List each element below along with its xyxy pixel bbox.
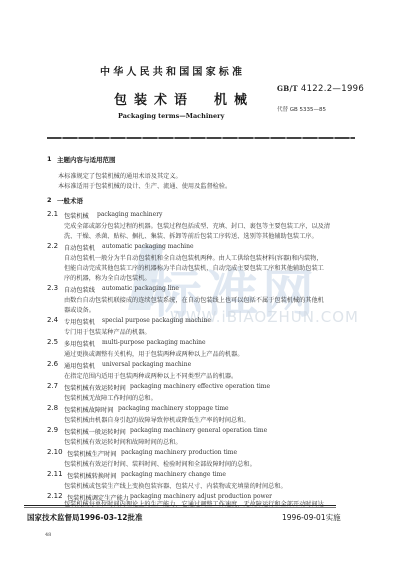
term-number: 2.6 bbox=[47, 360, 58, 368]
section-1-number: 1 bbox=[47, 155, 52, 163]
term-definition: 包装机械由机器自身引起的故障导致停机或降低生产率的时间总和。 bbox=[64, 415, 250, 424]
term-en: automatic packaging line bbox=[102, 285, 179, 292]
term-number: 2.1 bbox=[47, 210, 58, 218]
term-en: universal packaging machine bbox=[102, 361, 191, 368]
term-cn: 自动包装线 bbox=[64, 285, 95, 294]
term-definition: 由数台自动包装机联接成的连续包装系统，在自动包装线上也可以包括不属于包装机械的其… bbox=[64, 295, 324, 304]
standard-number: GB/T 4122.2—1996 bbox=[277, 84, 364, 94]
term-en: automatic packaging machine bbox=[102, 243, 194, 250]
section-2-number: 2 bbox=[47, 196, 52, 204]
header-divider bbox=[47, 137, 355, 139]
section-2-title: 一般术语 bbox=[57, 196, 83, 205]
section-1-paragraph: 本标准适用于包装机械的设计、生产、流通、使用及监督检验。 bbox=[58, 181, 231, 190]
term-en: special purpose packaging machine bbox=[102, 317, 211, 324]
term-number: 2.3 bbox=[47, 284, 58, 292]
term-definition: 器或设备。 bbox=[64, 305, 95, 314]
term-definition: 包装机械无故障工作时间的总和。 bbox=[64, 393, 157, 402]
term-definition: 序的机器，称为全自动包装机。 bbox=[64, 273, 151, 282]
term-cn: 多用包装机 bbox=[64, 339, 95, 348]
term-number: 2.11 bbox=[47, 470, 63, 478]
section-1-paragraph: 本标准规定了包装机械的通用术语及其定义。 bbox=[58, 171, 182, 180]
term-cn: 通用包装机 bbox=[64, 361, 95, 370]
term-number: 2.9 bbox=[47, 426, 58, 434]
term-en: multi-purpose packaging machine bbox=[102, 339, 206, 346]
term-definition: 在指定范围内适用于包装两种或两种以上不同类型产品的机器。 bbox=[64, 371, 237, 380]
document-title-cn: 包装术语 机械 bbox=[114, 89, 254, 108]
term-en: packaging machinery change time bbox=[121, 471, 226, 478]
term-cn: 包装机械故障时间 bbox=[64, 405, 114, 414]
term-cn: 自动包装机 bbox=[64, 243, 95, 252]
term-en: packaging machinery effective operation … bbox=[130, 383, 270, 390]
term-en: packaging machinery general operation ti… bbox=[130, 427, 267, 434]
term-cn: 包装机械转换时间 bbox=[67, 471, 117, 480]
term-definition: 完成全部或部分包装过程的机器。包装过程包括成型、充填、封口、裹包等主要包装工序，… bbox=[64, 221, 330, 230]
term-cn: 包装机械有效运转时间 bbox=[64, 383, 126, 392]
term-number: 2.2 bbox=[47, 242, 58, 250]
term-cn: 包装机械 bbox=[64, 211, 89, 220]
term-cn: 包装机械一般运转时间 bbox=[64, 427, 126, 436]
term-definition: 洗、干燥、杀菌、贴标、捆扎、集装、拆卸等前后包装工序转送、选别等其他辅助包装工序… bbox=[64, 231, 318, 240]
national-standard-heading: 中华人民共和国国家标准 bbox=[100, 63, 245, 78]
replaces-standard: 代替 GB 5335—85 bbox=[277, 105, 326, 113]
approval-date: 国家技术监督局1996-03-12批准 bbox=[27, 512, 142, 523]
term-en: packaging machinery stoppage time bbox=[118, 405, 229, 412]
term-definition: 专门用于包装某种产品的机器。 bbox=[64, 327, 151, 336]
term-definition: 包装机械或包装生产线上变换包装容器、包装尺寸、内装物或充填量的时间总和。 bbox=[64, 481, 287, 490]
footer-divider bbox=[24, 505, 336, 506]
standard-code: 4122.2—1996 bbox=[301, 84, 364, 94]
term-definition: 包装机械有效运行时间、装料时间、检验时间和全部故障时间的总和。 bbox=[64, 459, 256, 468]
term-number: 2.4 bbox=[47, 316, 58, 324]
term-number: 2.10 bbox=[47, 448, 63, 456]
section-1-title: 主题内容与适用范围 bbox=[57, 155, 116, 164]
document-title-en: Packaging terms—Machinery bbox=[118, 112, 224, 120]
footer-divider-secondary bbox=[24, 507, 336, 508]
term-cn: 包装机械生产时间 bbox=[67, 449, 117, 458]
standard-prefix: GB/T bbox=[277, 84, 298, 93]
term-cn: 专用包装机 bbox=[64, 317, 95, 326]
page-number: 48 bbox=[45, 532, 51, 538]
term-number: 2.8 bbox=[47, 404, 58, 412]
term-number: 2.7 bbox=[47, 382, 58, 390]
term-number: 2.5 bbox=[47, 338, 58, 346]
term-definition: 自动包装机一般分为半自动包装机和全自动包装机两种。由人工供给包装材料(容器)和内… bbox=[64, 253, 323, 262]
term-number: 2.12 bbox=[47, 492, 63, 500]
term-definition: 包装机械有效运转时间和故障时间的总和。 bbox=[64, 437, 182, 446]
term-definition: 通过更换或调整有关机构，用于包装两种或两种以上产品的机器。 bbox=[64, 349, 243, 358]
term-definition: 但能自动完成其他包装工序的机器称为半自动包装机，自动完成主要包装工序和其他辅助包… bbox=[64, 263, 324, 272]
term-en: packaging machinery production time bbox=[121, 449, 237, 456]
term-en: packaging machinery bbox=[97, 211, 162, 218]
effective-date: 1996-09-01实施 bbox=[282, 512, 341, 523]
